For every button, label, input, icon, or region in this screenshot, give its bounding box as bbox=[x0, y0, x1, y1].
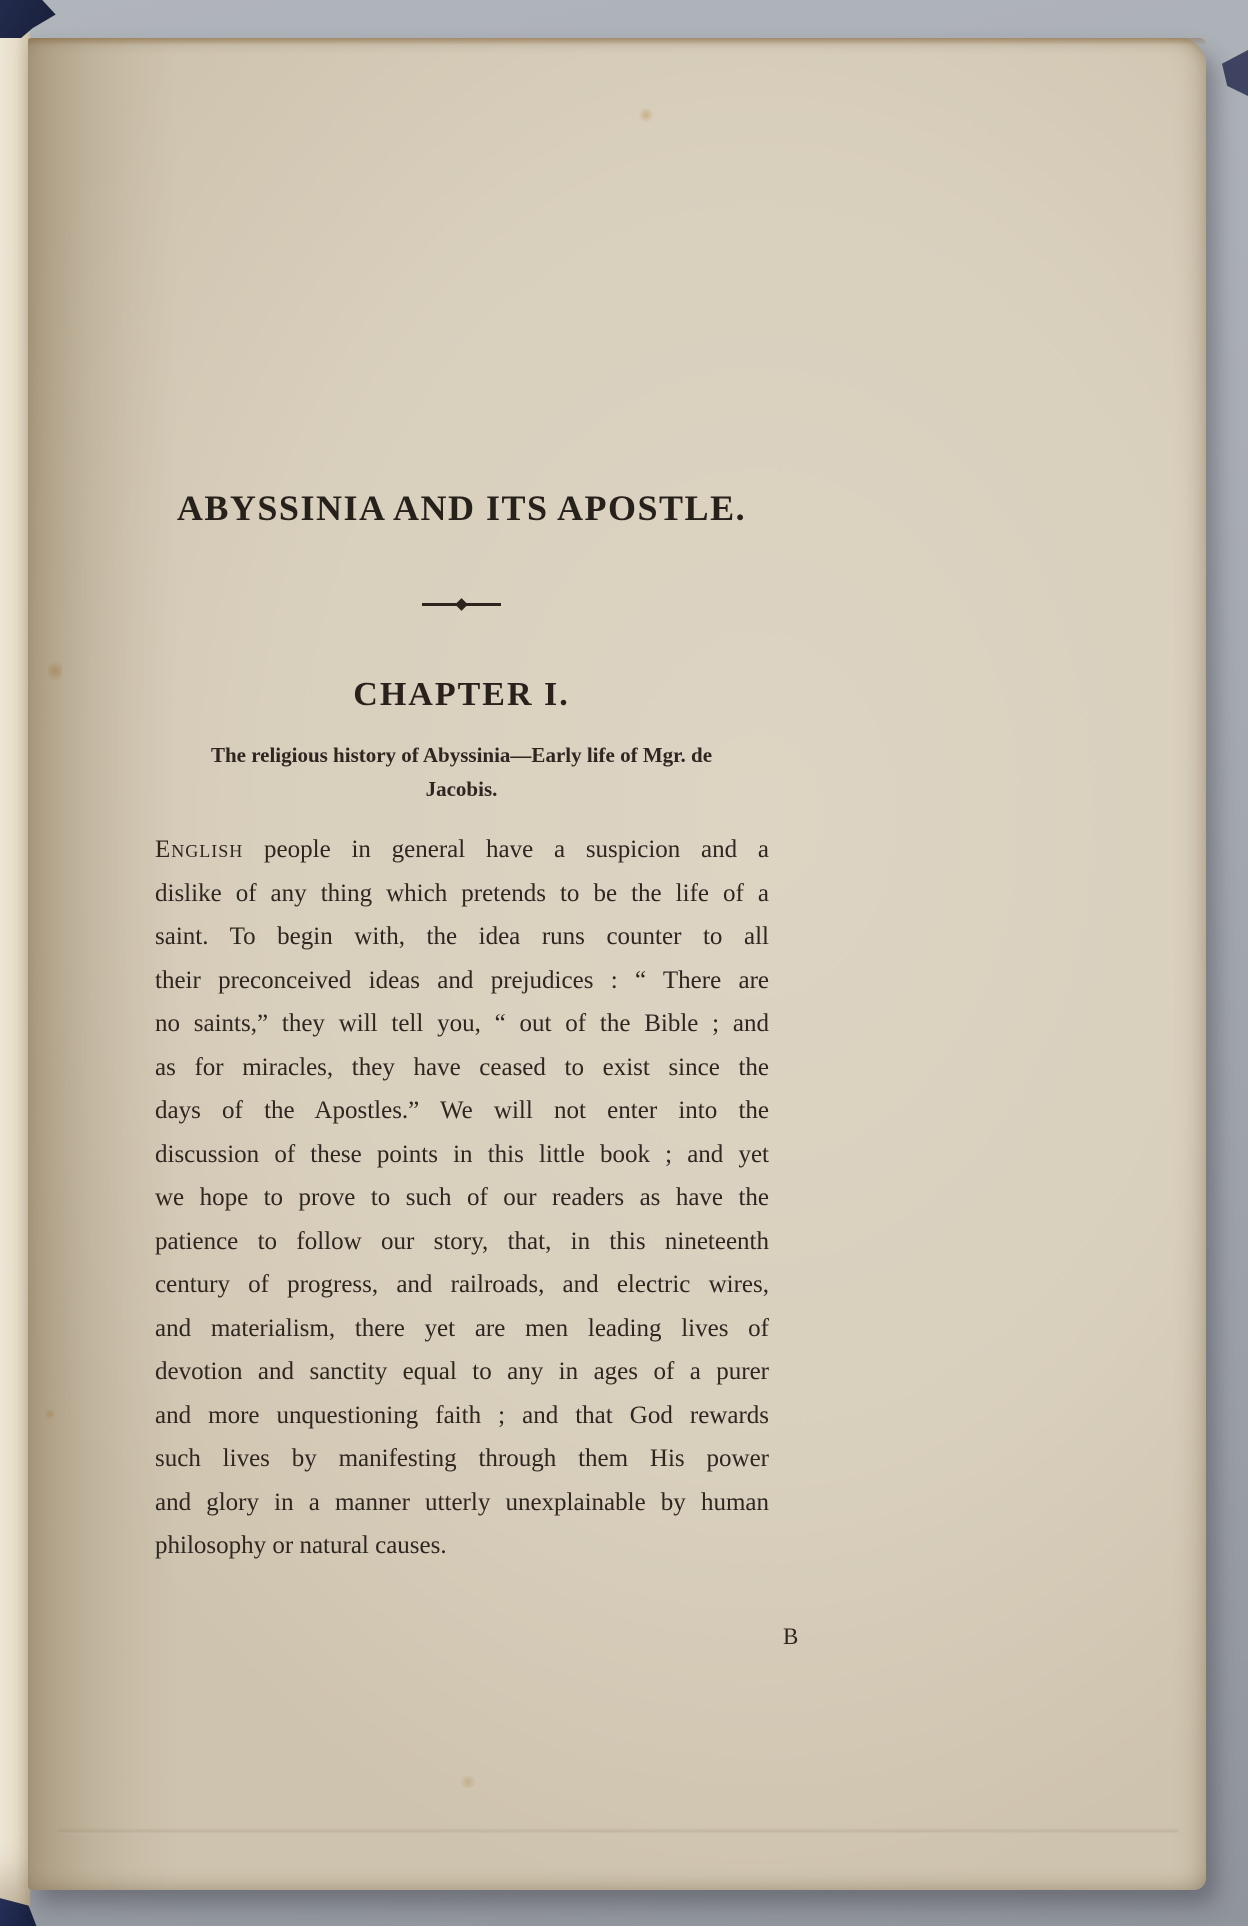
body-line: philosophy or natural causes. bbox=[155, 1524, 769, 1568]
chapter-summary-line2: Jacobis. bbox=[426, 777, 498, 801]
book-page: ABYSSINIA AND ITS APOSTLE. CHAPTER I. Th… bbox=[28, 38, 1206, 1890]
divider-rule-right bbox=[465, 603, 501, 606]
facing-page-edge bbox=[0, 16, 30, 1910]
signature-mark: B bbox=[783, 1624, 843, 1650]
book-cover-top-left bbox=[0, 0, 96, 38]
body-line: and materialism, there yet are men leadi… bbox=[155, 1307, 769, 1351]
body-line: as for miracles, they have ceased to exi… bbox=[155, 1046, 769, 1090]
page-stain bbox=[458, 1776, 478, 1788]
divider-rule-left bbox=[422, 603, 458, 606]
page-top-edge bbox=[28, 38, 1206, 45]
body-line: discussion of these points in this littl… bbox=[155, 1133, 769, 1177]
body-line-first: English people in general have a suspici… bbox=[155, 828, 769, 872]
body-line: days of the Apostles.” We will not enter… bbox=[155, 1089, 769, 1133]
body-line: we hope to prove to such of our readers … bbox=[155, 1176, 769, 1220]
body-line: century of progress, and railroads, and … bbox=[155, 1263, 769, 1307]
chapter-summary-line1: The religious history of Abyssinia—Early… bbox=[211, 743, 712, 767]
body-line: dislike of any thing which pretends to b… bbox=[155, 872, 769, 916]
page-stain bbox=[44, 1408, 56, 1420]
body-line: patience to follow our story, that, in t… bbox=[155, 1220, 769, 1264]
body-line: devotion and sanctity equal to any in ag… bbox=[155, 1350, 769, 1394]
book-cover-top-right-fragment bbox=[1222, 50, 1248, 96]
lead-word: English bbox=[155, 836, 243, 863]
page-stain bbox=[638, 108, 654, 122]
book-title: ABYSSINIA AND ITS APOSTLE. bbox=[155, 484, 768, 532]
page-stain bbox=[48, 658, 62, 684]
body-line: and more unquestioning faith ; and that … bbox=[155, 1394, 769, 1438]
diamond-rule-divider-icon bbox=[155, 598, 768, 610]
divider-diamond bbox=[455, 598, 468, 611]
body-text: English people in general have a suspici… bbox=[155, 828, 769, 1568]
body-line: saint. To begin with, the idea runs coun… bbox=[155, 915, 769, 959]
body-line: such lives by manifesting through them H… bbox=[155, 1437, 769, 1481]
chapter-heading: CHAPTER I. bbox=[155, 676, 768, 714]
chapter-summary: The religious history of Abyssinia—Early… bbox=[145, 738, 778, 806]
body-line: their preconceived ideas and prejudices … bbox=[155, 959, 769, 1003]
body-lines: dislike of any thing which pretends to b… bbox=[155, 872, 769, 1568]
first-line-rest: people in general have a suspicion and a bbox=[243, 836, 769, 863]
body-line: no saints,” they will tell you, “ out of… bbox=[155, 1002, 769, 1046]
page-crease bbox=[58, 1830, 1178, 1834]
book-photograph: ABYSSINIA AND ITS APOSTLE. CHAPTER I. Th… bbox=[0, 0, 1248, 1926]
body-line: and glory in a manner utterly unexplaina… bbox=[155, 1481, 769, 1525]
